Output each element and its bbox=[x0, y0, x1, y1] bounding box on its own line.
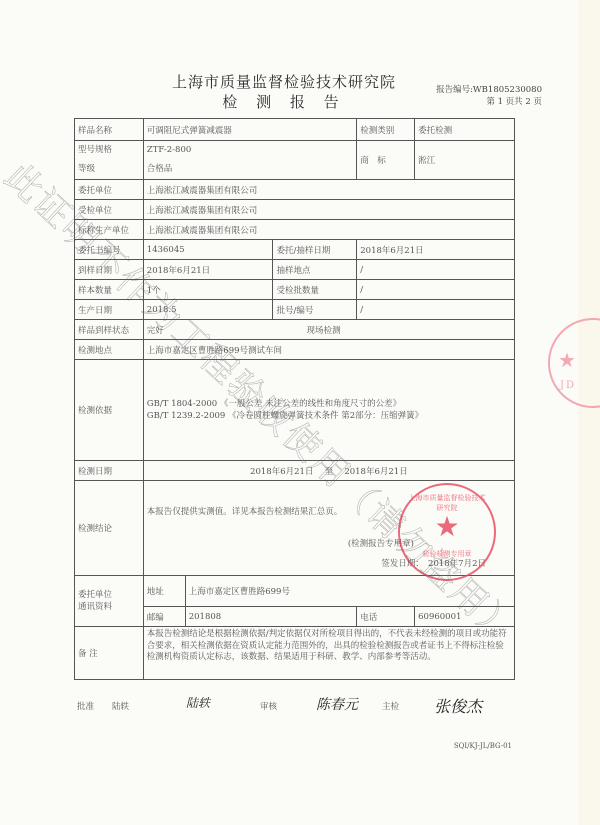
label: 备 注 bbox=[75, 627, 144, 680]
inspected-unit: 上海淞江减震器集团有限公司 bbox=[143, 200, 514, 220]
review-label: 审核 bbox=[260, 700, 277, 712]
label: 委托书编号 bbox=[75, 240, 144, 260]
order-date: 2018年6月21日 bbox=[357, 240, 515, 260]
row-model: 型号规格 等级 ZTF-2-800 合格品 商 标 淞江 bbox=[75, 141, 515, 180]
basis-item: GB/T 1239.2-2009 《冷卷圆柱螺旋弹簧技术条件 第2部分：压缩弹簧… bbox=[147, 410, 511, 422]
label: 型号规格 等级 bbox=[75, 141, 144, 180]
sampling-place: / bbox=[357, 260, 515, 280]
grade-label: 等级 bbox=[78, 160, 140, 179]
signature-row: 批准 陆轶 陆轶 审核 陈春元 主检 张俊杰 bbox=[74, 694, 534, 718]
label: 抽样地点 bbox=[273, 260, 357, 280]
address: 上海市嘉定区曹胜路699号 bbox=[185, 576, 514, 607]
report-number-block: 报告编号:WB1805230080 第 1 页共 2 页 bbox=[436, 84, 542, 108]
manufacturer: 上海淞江减震器集团有限公司 bbox=[143, 220, 514, 240]
report-table: 样品名称 可调阻尼式弹簧减震器 检测类别 委托检测 型号规格 等级 ZTF-2-… bbox=[74, 118, 515, 680]
row-inspected: 受检单位 上海淞江减震器集团有限公司 bbox=[75, 200, 515, 220]
test-type: 委托检测 bbox=[415, 119, 515, 141]
label: 检测依据 bbox=[75, 360, 144, 461]
label: 到样日期 bbox=[75, 260, 144, 280]
label: 生产日期 bbox=[75, 300, 144, 320]
official-seal: 上海市质量监督检验技术研究院 ★ 检验检测专用章 bbox=[398, 483, 496, 581]
label: 样本数量 bbox=[75, 280, 144, 300]
remarks: 本报告检测结论是根据检测依据/判定依据仅对所检项目得出的，不代表未经检测的项目或… bbox=[143, 627, 514, 680]
test-date: 2018年6月21日 至 2018年6月21日 bbox=[143, 461, 514, 481]
basis-item: GB/T 1804-2000 《一般公差 未注公差的线性和角度尺寸的公差》 bbox=[147, 398, 511, 410]
approve-label: 批准 bbox=[77, 700, 94, 712]
row-manufacturer: 标称生产单位 上海淞江减震器集团有限公司 bbox=[75, 220, 515, 240]
inspector-signature: 张俊杰 bbox=[434, 694, 482, 717]
star-icon: ★ bbox=[400, 513, 494, 541]
row-prod-date: 生产日期 2018.5 批号/编号 / bbox=[75, 300, 515, 320]
page-edge bbox=[578, 0, 600, 825]
row-arrival: 到样日期 2018年6月21日 抽样地点 / bbox=[75, 260, 515, 280]
seal-jd-text: JD bbox=[560, 380, 576, 391]
model: ZTF-2-800 bbox=[147, 141, 353, 160]
batch-no: / bbox=[357, 300, 515, 320]
grade: 合格品 bbox=[147, 160, 353, 179]
brand: 淞江 bbox=[415, 141, 515, 180]
batch-quantity: / bbox=[357, 280, 515, 300]
row-test-date: 检测日期 2018年6月21日 至 2018年6月21日 bbox=[75, 461, 515, 481]
phone: 60960001 bbox=[415, 607, 515, 627]
label: 批号/编号 bbox=[273, 300, 357, 320]
order-no: 1436045 bbox=[143, 240, 273, 260]
approve-signature: 陆轶 bbox=[186, 694, 210, 711]
label: 检测日期 bbox=[75, 461, 144, 481]
label: 受检批数量 bbox=[273, 280, 357, 300]
label: 委托单位 bbox=[75, 180, 144, 200]
client: 上海淞江减震器集团有限公司 bbox=[143, 180, 514, 200]
page-info: 第 1 页共 2 页 bbox=[436, 96, 542, 108]
row-remarks: 备 注 本报告检测结论是根据检测依据/判定依据仅对所检项目得出的，不代表未经检测… bbox=[75, 627, 515, 680]
condition-note: 现场检测 bbox=[307, 326, 341, 336]
label: 受检单位 bbox=[75, 200, 144, 220]
label: 商 标 bbox=[357, 141, 415, 180]
approve-name: 陆轶 bbox=[112, 700, 129, 712]
label: 邮编 bbox=[143, 607, 185, 627]
label: 检测类别 bbox=[357, 119, 415, 141]
label: 标称生产单位 bbox=[75, 220, 144, 240]
label: 样品名称 bbox=[75, 119, 144, 141]
row-basis: 检测依据 GB/T 1804-2000 《一般公差 未注公差的线性和角度尺寸的公… bbox=[75, 360, 515, 461]
arrival-date: 2018年6月21日 bbox=[143, 260, 273, 280]
inspector-label: 主检 bbox=[382, 700, 399, 712]
row-order-no: 委托书编号 1436045 委托/抽样日期 2018年6月21日 bbox=[75, 240, 515, 260]
label: 检测地点 bbox=[75, 340, 144, 360]
label: 委托/抽样日期 bbox=[273, 240, 357, 260]
condition: 完好 bbox=[147, 326, 164, 336]
production-date: 2018.5 bbox=[143, 300, 273, 320]
label: 地址 bbox=[143, 576, 185, 607]
row-client: 委托单位 上海淞江减震器集团有限公司 bbox=[75, 180, 515, 200]
seal-sub-text: 检验检测专用章 bbox=[406, 549, 488, 559]
location: 上海市嘉定区曹胜路699号测试车间 bbox=[143, 340, 514, 360]
report-number: 报告编号:WB1805230080 bbox=[436, 84, 542, 96]
label: 样品到样状态 bbox=[75, 320, 144, 340]
row-condition: 样品到样状态 完好 现场检测 bbox=[75, 320, 515, 340]
review-signature: 陈春元 bbox=[316, 694, 358, 714]
label: 电话 bbox=[357, 607, 415, 627]
sample-name: 可调阻尼式弹簧减震器 bbox=[143, 119, 356, 141]
form-code: SQI/KJ-JL/BG-01 bbox=[454, 742, 512, 750]
row-quantity: 样本数量 1个 受检批数量 / bbox=[75, 280, 515, 300]
postcode: 201808 bbox=[185, 607, 357, 627]
row-location: 检测地点 上海市嘉定区曹胜路699号测试车间 bbox=[75, 340, 515, 360]
row-sample-name: 样品名称 可调阻尼式弹簧减震器 检测类别 委托检测 bbox=[75, 119, 515, 141]
star-icon: ★ bbox=[558, 348, 576, 372]
quantity: 1个 bbox=[143, 280, 273, 300]
edge-seal: ★ JD bbox=[548, 318, 600, 408]
label: 委托单位 通讯资料 bbox=[75, 576, 144, 627]
label: 检测结论 bbox=[75, 481, 144, 576]
model-label: 型号规格 bbox=[78, 141, 140, 160]
